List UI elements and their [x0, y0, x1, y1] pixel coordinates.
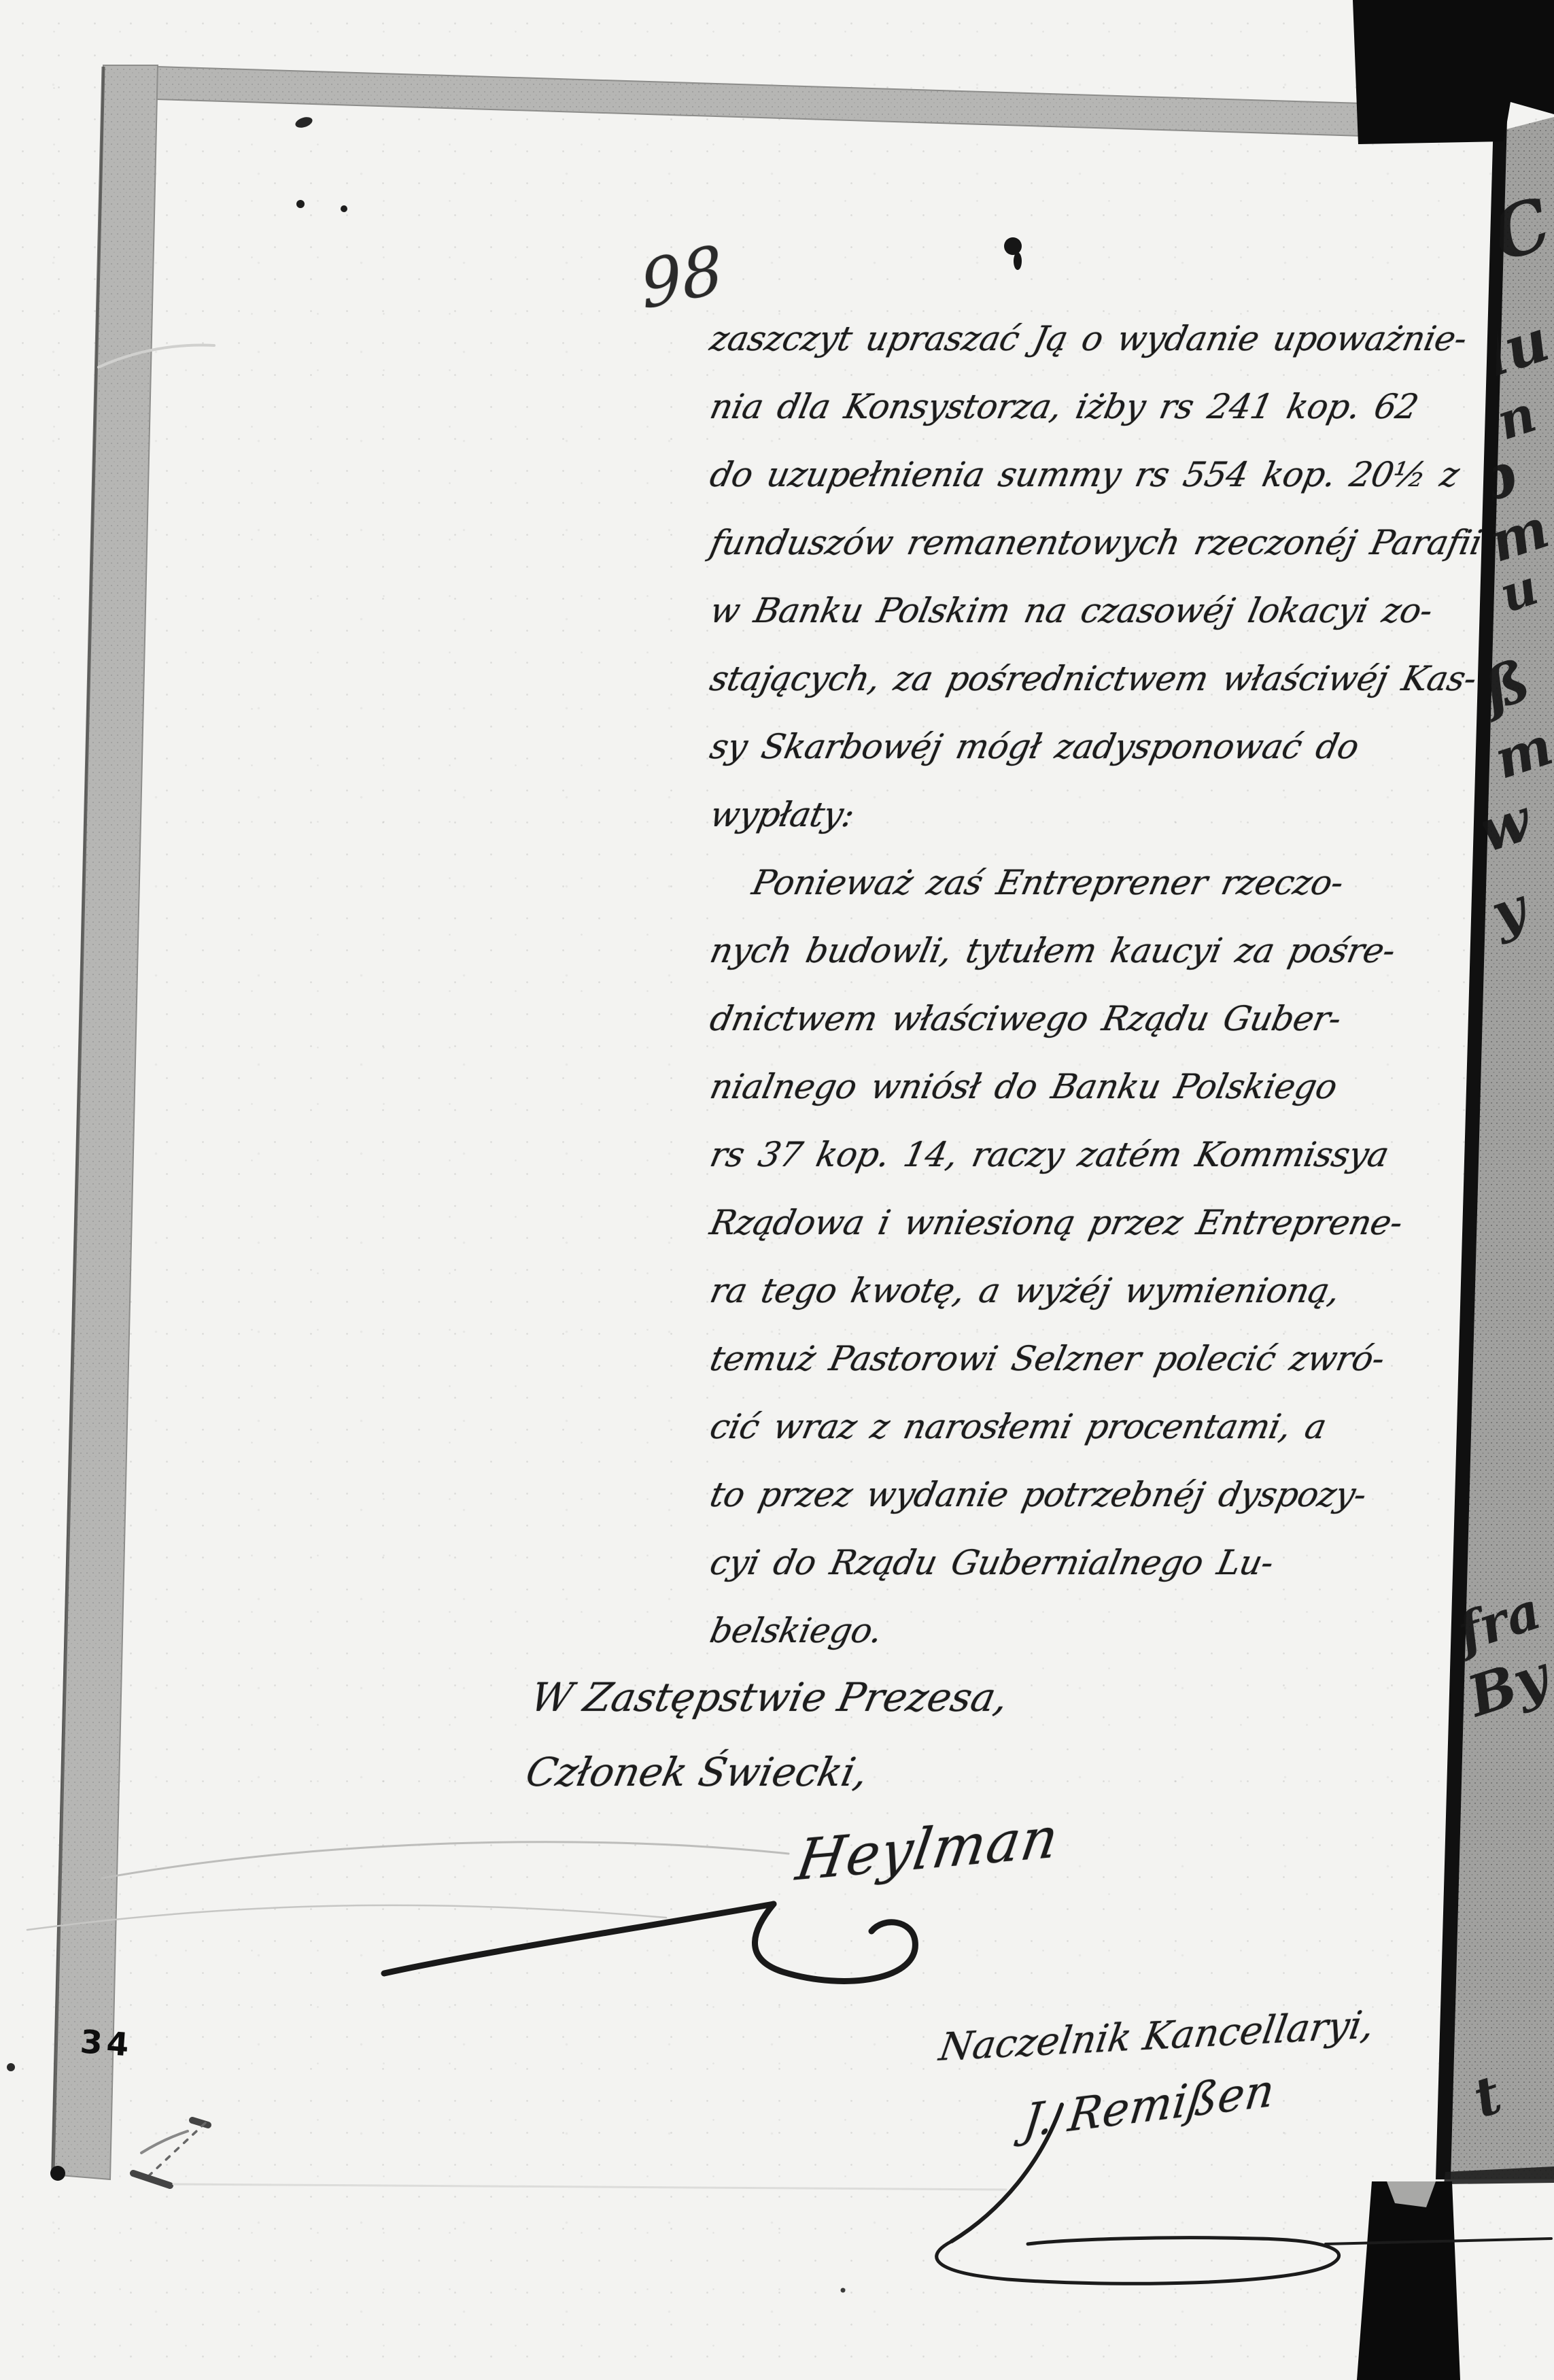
closing-member-line: Członek Świecki, — [522, 1749, 872, 1795]
closing-deputy-line: W Zastępstwie Prezesa, — [527, 1674, 1013, 1720]
body-line: funduszów remanentowych rzeczonéj Parafi… — [704, 509, 1489, 577]
handwriting-fragment: u — [1493, 558, 1544, 624]
body-line: nia dla Konsystorza, iżby rs 241 kop. 62 — [704, 373, 1489, 441]
body-line: dnictwem właściwego Rządu Guber- — [704, 985, 1489, 1053]
body-line: Rządowa i wniesioną przez Entreprene- — [704, 1189, 1489, 1257]
body-line: stających, za pośrednictwem właściwéj Ka… — [704, 645, 1489, 713]
handwriting-fragment: m — [1487, 715, 1554, 791]
document-scan-page: 98 34 zaszczyt upraszać Ją o wydanie upo… — [0, 0, 1554, 2380]
body-line: do uzupełnienia summy rs 554 kop. 20½ z — [704, 441, 1489, 509]
letter-body: zaszczyt upraszać Ją o wydanie upoważnie… — [704, 305, 1474, 1665]
handwriting-fragment: t — [1466, 2064, 1508, 2130]
body-line: sy Skarbowéj mógł zadysponować do — [704, 713, 1489, 781]
bottom-right-dark-strip — [1357, 2181, 1460, 2380]
body-line: belskiego. — [704, 1597, 1489, 1665]
body-line-paragraph-start: Ponieważ zaś Entreprener rzeczo- — [704, 849, 1489, 917]
margin-number: 34 — [79, 2023, 134, 2064]
body-line: nialnego wniósł do Banku Polskiego — [704, 1053, 1489, 1121]
body-line: wypłaty: — [704, 781, 1489, 849]
body-line: temuż Pastorowi Selzner polecić zwró- — [704, 1325, 1489, 1393]
body-line: ra tego kwotę, a wyżéj wymienioną, — [704, 1257, 1489, 1325]
handwriting-fragment: y — [1484, 875, 1534, 946]
body-line: cyi do Rządu Gubernialnego Lu- — [704, 1529, 1489, 1597]
body-line: w Banku Polskim na czasowéj lokacyi zo- — [704, 577, 1489, 645]
body-line: nych budowli, tytułem kaucyi za pośre- — [704, 917, 1489, 985]
signature-flourish-deputy — [27, 1842, 915, 1982]
body-line: to przez wydanie potrzebnéj dyspozy- — [704, 1461, 1489, 1529]
ink-blot-band-bottom — [50, 2166, 65, 2181]
body-line: zaszczyt upraszać Ją o wydanie upoważnie… — [704, 305, 1489, 373]
fold-band-left — [52, 65, 158, 2179]
body-line: rs 37 kop. 14, raczy zatém Kommissya — [704, 1121, 1489, 1189]
body-line: cić wraz z narosłemi procentami, a — [704, 1393, 1489, 1461]
